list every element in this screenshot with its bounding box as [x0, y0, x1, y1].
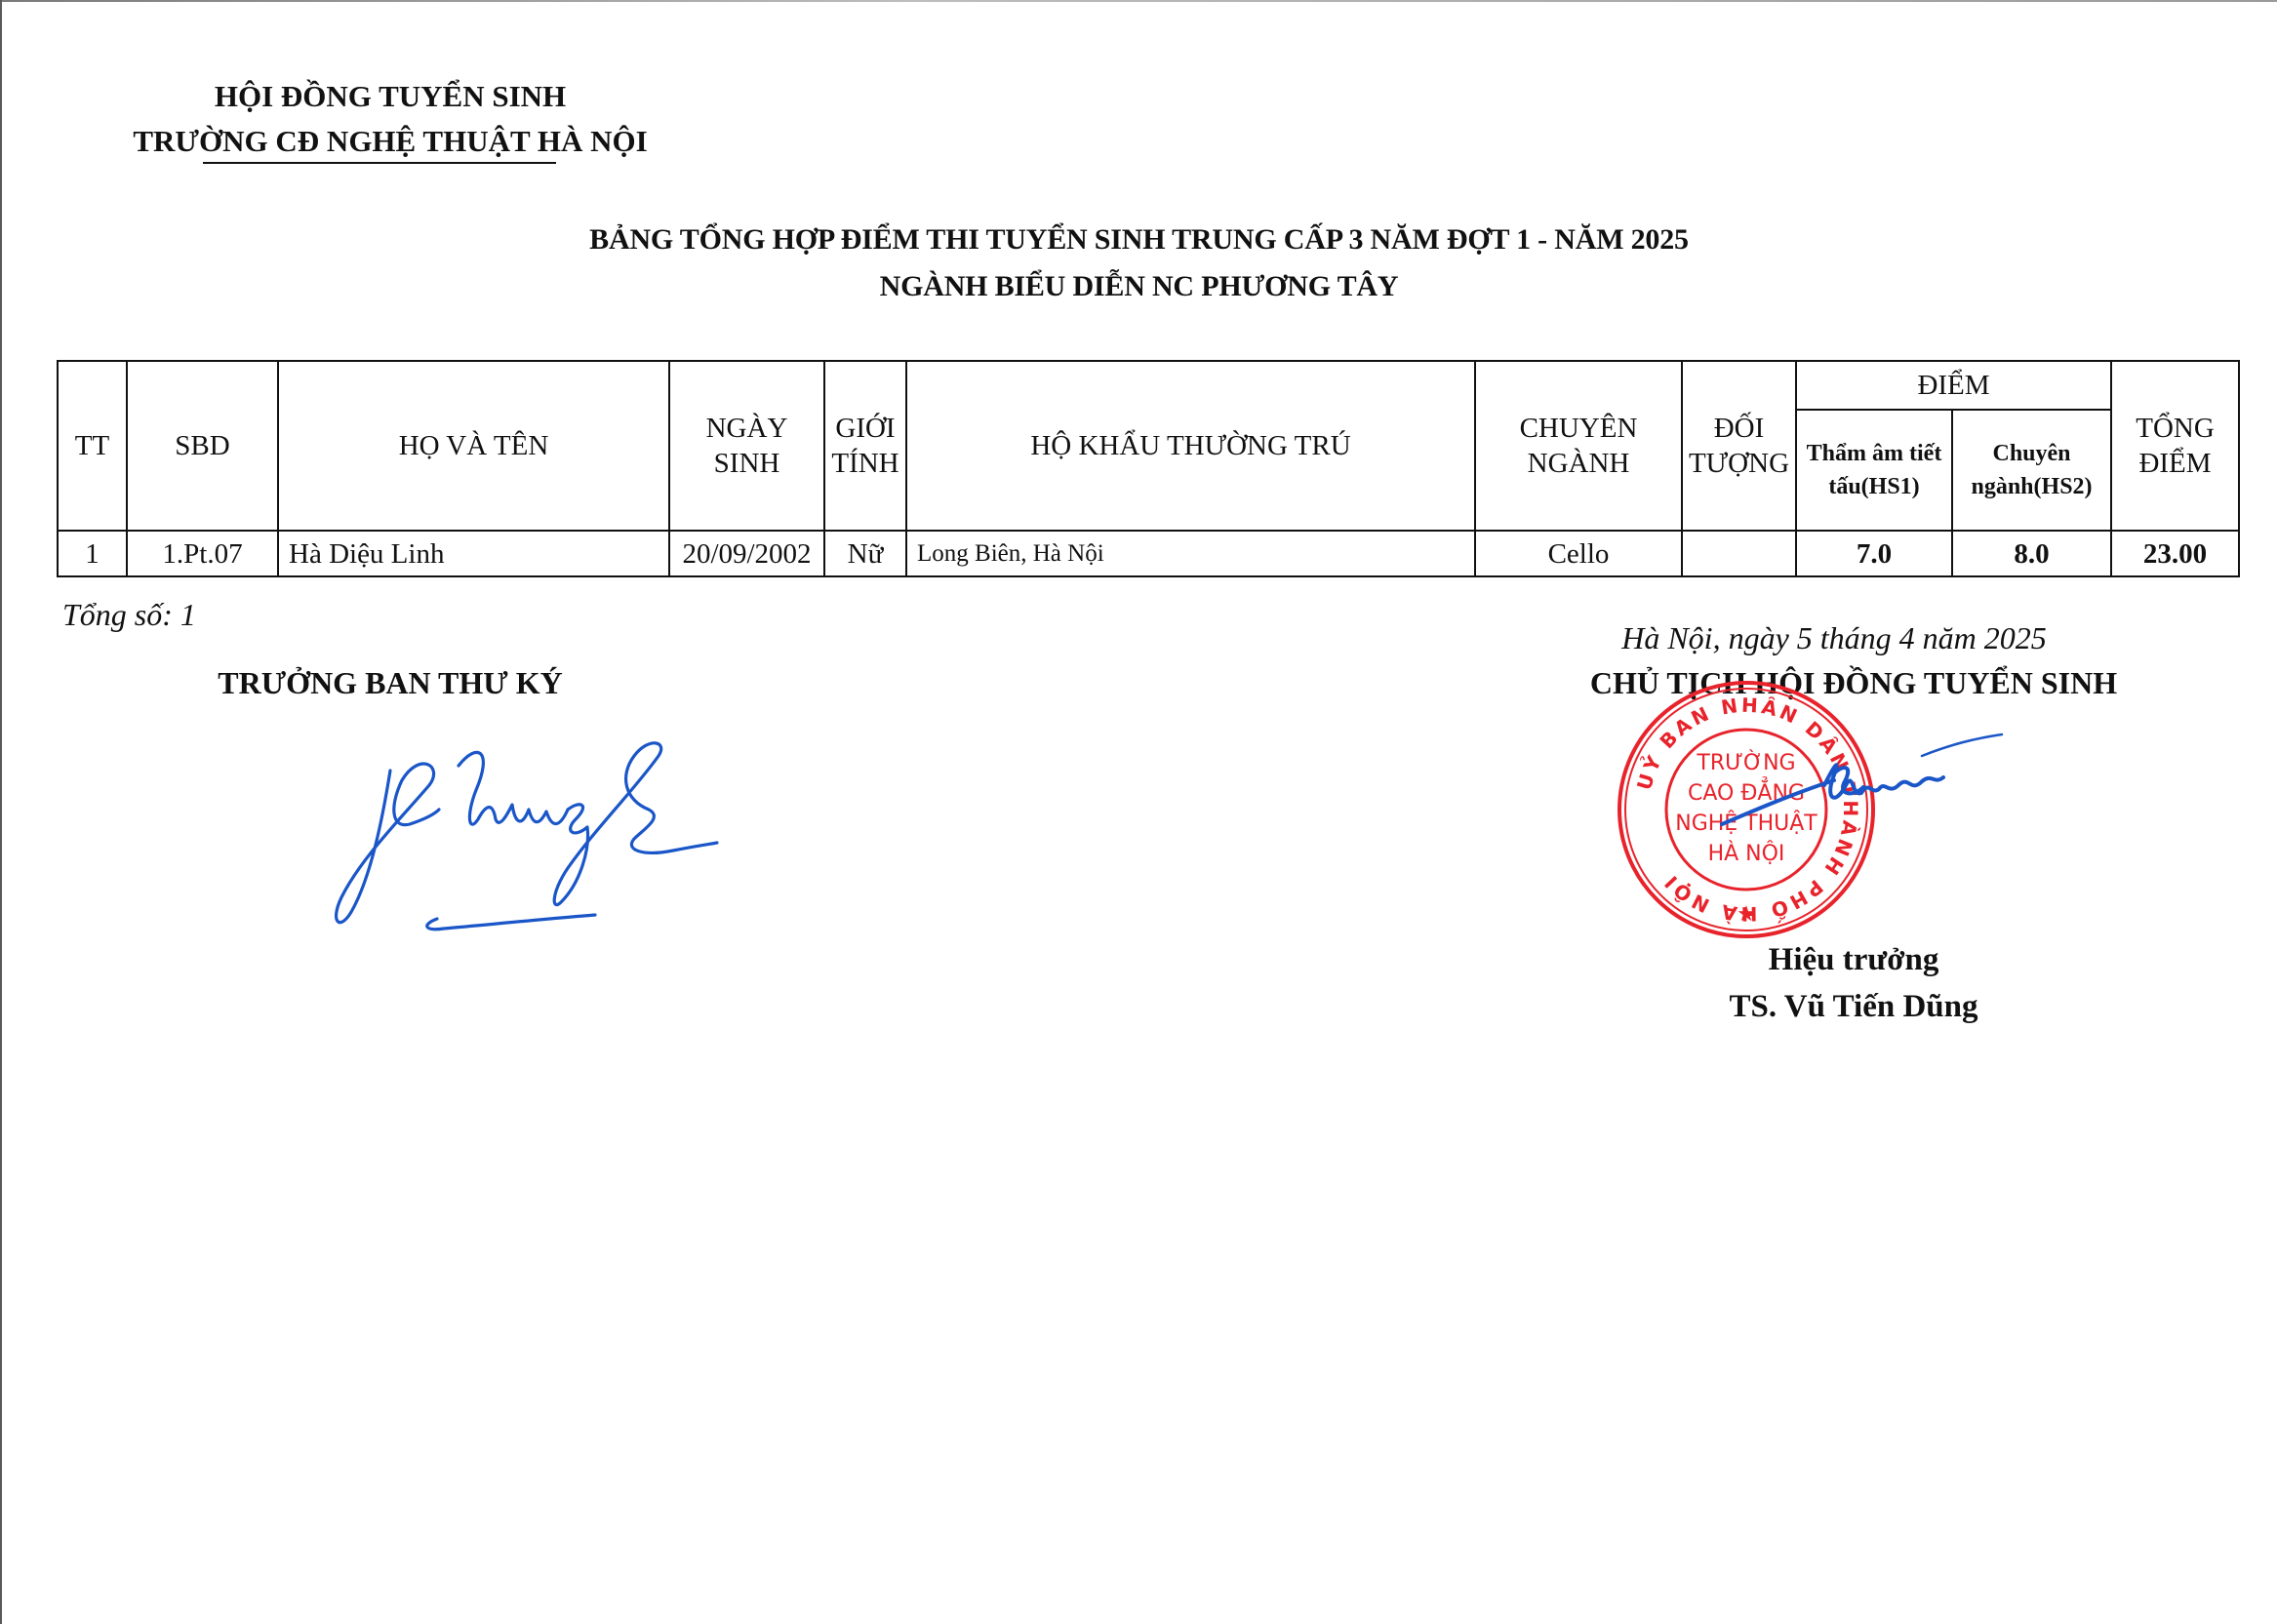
place-date: Hà Nội, ngày 5 tháng 4 năm 2025	[1522, 620, 2146, 656]
col-header-hs1: Thẩm âm tiết tấu(HS1)	[1796, 410, 1952, 531]
table-row: 1 1.Pt.07 Hà Diệu Linh 20/09/2002 Nữ Lon…	[58, 531, 2239, 576]
cell-major: Cello	[1475, 531, 1682, 576]
cell-gender: Nữ	[824, 531, 906, 576]
col-header-gender: GIỚI TÍNH	[824, 361, 906, 531]
col-header-total: TỔNG ĐIỂM	[2111, 361, 2239, 531]
col-header-name: HỌ VÀ TÊN	[278, 361, 669, 531]
col-header-hs2: Chuyên ngành(HS2)	[1952, 410, 2111, 531]
secretary-title: TRƯỞNG BAN THƯ KÝ	[137, 665, 644, 701]
stamp-star-icon: ★	[1737, 902, 1756, 927]
title-line-2: NGÀNH BIỂU DIỄN NC PHƯƠNG TÂY	[371, 263, 1907, 310]
col-header-category-line1: ĐỐI	[1683, 411, 1795, 446]
cell-name: Hà Diệu Linh	[278, 531, 669, 576]
cell-dob: 20/09/2002	[669, 531, 824, 576]
cell-sbd: 1.Pt.07	[127, 531, 278, 576]
document-title: BẢNG TỔNG HỢP ĐIỂM THI TUYỂN SINH TRUNG …	[371, 217, 1907, 310]
col-header-major-line2: NGÀNH	[1476, 446, 1681, 481]
table-header: TT SBD HỌ VÀ TÊN NGÀY SINH GIỚI TÍNH HỘ …	[58, 361, 2239, 531]
table-body: 1 1.Pt.07 Hà Diệu Linh 20/09/2002 Nữ Lon…	[58, 531, 2239, 576]
col-header-major-line1: CHUYÊN	[1476, 411, 1681, 446]
scores-table: TT SBD HỌ VÀ TÊN NGÀY SINH GIỚI TÍNH HỘ …	[57, 360, 2240, 577]
col-header-total-line1: TỔNG	[2112, 411, 2238, 446]
cell-address: Long Biên, Hà Nội	[906, 531, 1475, 576]
cell-hs2: 8.0	[1952, 531, 2111, 576]
col-header-hs2-line2: ngành(HS2)	[1953, 470, 2110, 503]
col-header-dob: NGÀY SINH	[669, 361, 824, 531]
secretary-signature	[312, 712, 722, 946]
title-line-1: BẢNG TỔNG HỢP ĐIỂM THI TUYỂN SINH TRUNG …	[371, 217, 1907, 263]
col-header-hs1-line2: tấu(HS1)	[1797, 470, 1951, 503]
total-count: Tổng số: 1	[62, 597, 196, 633]
col-header-hs2-line1: Chuyên	[1953, 437, 2110, 470]
col-header-category: ĐỐI TƯỢNG	[1682, 361, 1796, 531]
col-header-category-line2: TƯỢNG	[1683, 446, 1795, 481]
col-header-major: CHUYÊN NGÀNH	[1475, 361, 1682, 531]
chairman-name: TS. Vũ Tiến Dũng	[1619, 989, 2088, 1025]
cell-hs1: 7.0	[1796, 531, 1952, 576]
org-underline	[203, 162, 556, 164]
scan-edge-top	[0, 0, 2277, 2]
cell-total: 23.00	[2111, 531, 2239, 576]
col-header-sbd: SBD	[127, 361, 278, 531]
chairman-signature	[1717, 727, 2010, 853]
issuing-organization: HỘI ĐỒNG TUYỂN SINH TRƯỜNG CĐ NGHỆ THUẬT…	[107, 74, 673, 164]
col-header-gender-line1: GIỚI	[825, 411, 905, 446]
chairman-role: Hiệu trưởng	[1619, 942, 2088, 978]
col-header-dob-line1: NGÀY	[670, 411, 823, 446]
col-header-score-group: ĐIỂM	[1796, 361, 2111, 410]
org-line-2: TRƯỜNG CĐ NGHỆ THUẬT HÀ NỘI	[107, 119, 673, 164]
col-header-tt: TT	[58, 361, 127, 531]
scan-edge-left	[0, 0, 2, 1624]
col-header-address: HỘ KHẨU THƯỜNG TRÚ	[906, 361, 1475, 531]
cell-tt: 1	[58, 531, 127, 576]
col-header-total-line2: ĐIỂM	[2112, 446, 2238, 481]
cell-category	[1682, 531, 1796, 576]
org-line-1: HỘI ĐỒNG TUYỂN SINH	[107, 74, 673, 119]
col-header-dob-line2: SINH	[670, 446, 823, 481]
col-header-gender-line2: TÍNH	[825, 446, 905, 481]
col-header-hs1-line1: Thẩm âm tiết	[1797, 437, 1951, 470]
